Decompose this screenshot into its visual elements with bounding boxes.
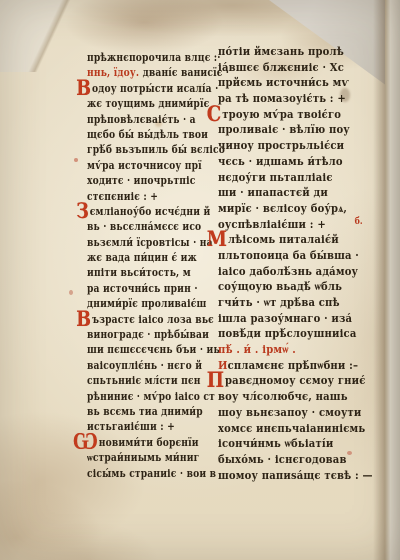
manuscript-line: вь · вьсєлна́мєсє исо (87, 219, 192, 234)
manuscript-line: ши · ипапастєй ди (218, 185, 359, 201)
body-text: двані́є ванисїє · (139, 66, 229, 79)
body-text: прйємь источни́сь мѵ (218, 75, 349, 89)
body-text: ши · ипапастєй ди (218, 185, 328, 199)
body-text: шоу вьнєзапоу · смоути (218, 405, 362, 419)
drop-cap-initial: В (76, 314, 91, 324)
body-text: дними́рїє проливаіє́ш (87, 297, 206, 310)
body-text: повѣ́ди прѣ́слоушниіса (218, 326, 356, 340)
body-text: рѣниниє · мѵ́ро іаісо ст (87, 390, 215, 403)
body-text: истьгаиіє́ши : + (87, 420, 175, 433)
manuscript-line: ши пєшєсєчєнь бъи · иь (87, 342, 192, 357)
manuscript-line: жє тоущимь дними́рїє (87, 96, 192, 111)
body-text: быхо́мь · існєгодовав (218, 452, 347, 466)
body-text: ши пєшєсєчєнь бъи · иь (87, 343, 220, 356)
body-text: троую мѵ́ра твоіє́го (222, 107, 341, 121)
body-text: мѵ́ра источнисоу прї (87, 159, 202, 172)
manuscript-line: рѣниниє · мѵ́ро іаісо ст (87, 389, 192, 404)
body-text: чєсь · идшамь и́тѣло (218, 154, 343, 168)
body-text: гчи́ть · ѡт дрѣ́ва спѣ (218, 295, 340, 309)
body-text: жє тоущимь дними́рїє (87, 97, 209, 110)
body-text: виноградє · прѣбы́ваи (87, 328, 209, 341)
body-text: сісы́мь страниіє · вои в (87, 467, 216, 480)
manuscript-line: соу́щоую вьадѣ́ ѡбль (218, 279, 359, 295)
body-text: стєпєниіє : + (87, 190, 158, 203)
body-text: оуспѣвліаіє́ши : + (218, 217, 326, 231)
manuscript-line: Водоу потры́сти исалі́а · (87, 81, 192, 96)
manuscript-photo: прѣжнєпорочила влцє :·ннь, їдоу. двані́є… (0, 0, 400, 560)
manuscript-line: чиноу прострьльіє́си (218, 138, 359, 154)
manuscript-right-column: по́тіи ймєзань пролѣіа́вшєє блжєниіє · Х… (218, 44, 380, 483)
manuscript-line: мѵ́ра источнисоу прї (87, 158, 192, 173)
manuscript-line: Възрастє іаісо лоза вьє (87, 312, 192, 327)
red-speck (69, 290, 73, 295)
body-text: ісончи́нмь ѡбьіаті́и (218, 436, 333, 450)
manuscript-left-column: прѣжнєпорочила влцє :·ннь, їдоу. двані́є… (87, 50, 213, 481)
manuscript-line: оуспѣвліаіє́ши : +б́. (218, 217, 359, 233)
manuscript-line: проливаіє · вѣлїю поу (218, 122, 359, 138)
manuscript-line: ходитє · ипочрьтпіс (87, 173, 192, 188)
manuscript-line: Правєдномоу сємоу гниє́ (218, 373, 359, 389)
manuscript-line: ра тѣ помазоуіє́ть : + (218, 91, 359, 107)
body-text: прѣжнєпорочила влцє :· (87, 51, 221, 64)
drop-cap-initial: С (207, 109, 222, 119)
manuscript-line: гчи́ть · ѡт дрѣ́ва спѣ (218, 295, 359, 311)
manuscript-line: прѣповѣлєваіє́ть · а (87, 112, 192, 127)
body-text: по́тіи ймєзань пролѣ (218, 44, 344, 58)
red-speck (74, 158, 78, 162)
body-text: вьзємли́ їсровтісы · на (87, 236, 213, 249)
manuscript-line: нєдоу́ги пьтапліаіє (218, 170, 359, 186)
body-text: ємліаноу́бо исчє́дни й (90, 205, 211, 218)
manuscript-line: вьзємли́ їсровтісы · на (87, 235, 192, 250)
body-text: спламєнє прѣ́пѡбни :– (228, 358, 359, 372)
manuscript-line: ішла разоу́мнаго · иза́ (218, 311, 359, 327)
manuscript-line: прйємь источни́сь мѵ (218, 75, 359, 91)
body-text: щєбо бы́ вы́дѣль твои (87, 128, 208, 141)
manuscript-line: вь всємь тиа дними́р (87, 404, 192, 419)
body-text: вь · вьсєлна́мєсє исо (87, 220, 201, 233)
body-text: пльтопоица ба бы́вша · (218, 248, 359, 262)
manuscript-line: шомоу папиѕа́щє тєвѣ : — (218, 468, 359, 484)
manuscript-line: дними́рїє проливаіє́ш (87, 296, 192, 311)
body-text: грѣ́б вьзъпиль бы́ вєлісо (87, 143, 225, 156)
body-text: чиноу прострьльіє́си (218, 138, 344, 152)
manuscript-line: ваісоупліє́нь · нєго й (87, 358, 192, 373)
body-text: ипіти вьси́тость, м (87, 266, 191, 279)
manuscript-line: сісы́мь страниіє · вои в (87, 466, 192, 481)
manuscript-line: спьтьниіє мл́сти пєн (87, 373, 192, 388)
manuscript-line: истьгаиіє́ши : + (87, 419, 192, 434)
body-text: прѣповѣлєваіє́ть · а (87, 113, 196, 126)
manuscript-line: чєсь · идшамь и́тѣло (218, 154, 359, 170)
manuscript-line: ннь, їдоу. двані́є ванисїє · (87, 65, 192, 80)
body-text: жє вада пи́цин є́ иж (87, 251, 197, 264)
manuscript-line: стєпєниіє : + (87, 189, 192, 204)
body-text: ходитє · ипочрьтпіс (87, 174, 195, 187)
drop-cap-initial: В (76, 83, 91, 93)
body-text: нєдоу́ги пьтапліаіє (218, 170, 333, 184)
drop-cap-initial: З (76, 206, 89, 216)
body-text: ішла разоу́мнаго · иза́ (218, 311, 352, 325)
body-text: лѣісомь питалаіє́й (228, 232, 339, 246)
manuscript-line: іа́вшєє блжєниіє · Хс (218, 60, 359, 76)
body-text: новими́ти борєнїи (99, 436, 199, 449)
manuscript-line: хомсє инєпьчаіаниніємь (218, 421, 359, 437)
body-text: хомсє инєпьчаіаниніємь (218, 421, 365, 435)
manuscript-line: пѣ́ . и́ . ірмѡ́ . (218, 342, 359, 358)
body-text: ра источни́сь прин · (87, 282, 198, 295)
manuscript-line: іаісо даболѣ́знь ада́моу (218, 264, 359, 280)
body-text: мирїє · вєлісоу боу́рѧ, (218, 201, 347, 215)
rubric-text: пѣ́ . и́ . ірмѡ́ . (218, 342, 296, 356)
body-text: соу́щоую вьадѣ́ ѡбль (218, 279, 342, 293)
body-text: одоу потры́сти исалі́а · (92, 82, 218, 95)
manuscript-line: прѣжнєпорочила влцє :· (87, 50, 192, 65)
manuscript-line: ра источни́сь прин · (87, 281, 192, 296)
manuscript-line: Испламєнє прѣ́пѡбни :– (218, 358, 359, 374)
body-text: ра тѣ помазоуіє́ть : + (218, 91, 346, 105)
manuscript-line: Млѣісомь питалаіє́й (218, 232, 359, 248)
manuscript-line: быхо́мь · існєгодовав (218, 452, 359, 468)
body-text: ѡстраи́ниымь ми́ниг (87, 451, 199, 464)
manuscript-line: Ѡновими́ти борєнїи (87, 435, 192, 450)
body-text: ъзрастє іаісо лоза вьє (92, 313, 214, 326)
drop-cap-initial: Ѡ (73, 436, 98, 446)
manuscript-line: виноградє · прѣбы́ваи (87, 327, 192, 342)
body-text: проливаіє · вѣлїю поу (218, 122, 350, 136)
manuscript-line: ісончи́нмь ѡбьіаті́и (218, 436, 359, 452)
manuscript-line: щєбо бы́ вы́дѣль твои (87, 127, 192, 142)
body-text: іа́вшєє блжєниіє · Хс (218, 60, 344, 74)
manuscript-line: пльтопоица ба бы́вша · (218, 248, 359, 264)
body-text: іаісо даболѣ́знь ада́моу (218, 264, 358, 278)
body-text: равєдномоу сємоу гниє́ (225, 373, 366, 387)
manuscript-line: воу чл́солюбчє, нашь (218, 389, 359, 405)
manuscript-line: повѣ́ди прѣ́слоушниіса (218, 326, 359, 342)
body-text: шомоу папиѕа́щє тєвѣ : — (218, 468, 373, 482)
manuscript-line: Зємліаноу́бо исчє́дни й (87, 204, 192, 219)
manuscript-line: грѣ́б вьзъпиль бы́ вєлісо (87, 142, 192, 157)
manuscript-line: жє вада пи́цин є́ иж (87, 250, 192, 265)
body-text: спьтьниіє мл́сти пєн (87, 374, 201, 387)
manuscript-line: мирїє · вєлісоу боу́рѧ, (218, 201, 359, 217)
drop-cap-initial: П (207, 375, 224, 385)
manuscript-line: ипіти вьси́тость, м (87, 265, 192, 280)
manuscript-line: шоу вьнєзапоу · смоути (218, 405, 359, 421)
manuscript-line: ѡстраи́ниымь ми́ниг (87, 450, 192, 465)
manuscript-line: по́тіи ймєзань пролѣ (218, 44, 359, 60)
right-page-edge (385, 0, 400, 560)
inline-rubric: ннь, їдоу. (87, 66, 139, 79)
red-margin-note: б́. (355, 215, 363, 231)
drop-cap-initial: М (207, 234, 227, 244)
body-text: вь всємь тиа дними́р (87, 405, 203, 418)
body-text: ваісоупліє́нь · нєго й (87, 359, 202, 372)
body-text: воу чл́солюбчє, нашь (218, 389, 348, 403)
manuscript-line: Строую мѵ́ра твоіє́го (218, 107, 359, 123)
